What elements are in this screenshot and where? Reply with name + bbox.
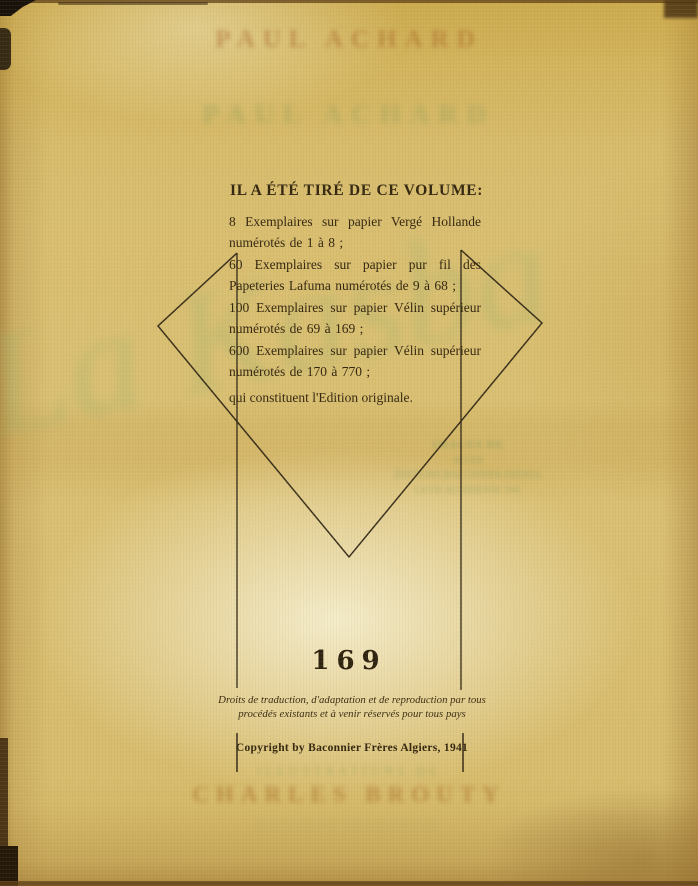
edition-item: 600 Exemplaires sur papier Vélin supérie… [229,340,481,382]
edition-item: 60 Exemplaires sur papier pur fil des Pa… [229,254,481,296]
book-colophon-page: PAUL ACHARD PAUL ACHARD La Kasba IMAGES … [0,0,698,886]
rights-notice-line: procédés existants et à venir réservés p… [169,708,535,722]
edition-closing-line: qui constituent l'Edition originale. [229,387,481,408]
rights-notice-line: Droits de traduction, d'adaptation et de… [169,694,535,708]
copyright-line: Copyright by Baconnier Frères Algiers, 1… [169,742,535,754]
corner-stain-bottom-left [0,846,18,886]
page-bottom-edge [0,881,698,886]
page-top-edge-shadow [58,2,208,5]
corner-stain-top-right [664,0,698,18]
edition-item: 100 Exemplaires sur papier Vélin supérie… [229,297,481,339]
left-edge-notch [0,28,11,70]
copy-number: 169 [237,646,461,676]
limitation-statement: IL A ÉTÉ TIRÉ DE CE VOLUME: 8 Exemplaire… [229,182,481,408]
rights-notice: Droits de traduction, d'adaptation et de… [169,694,535,721]
limitation-heading: IL A ÉTÉ TIRÉ DE CE VOLUME: [230,182,481,200]
edition-item: 8 Exemplaires sur papier Vergé Hollande … [229,211,481,253]
